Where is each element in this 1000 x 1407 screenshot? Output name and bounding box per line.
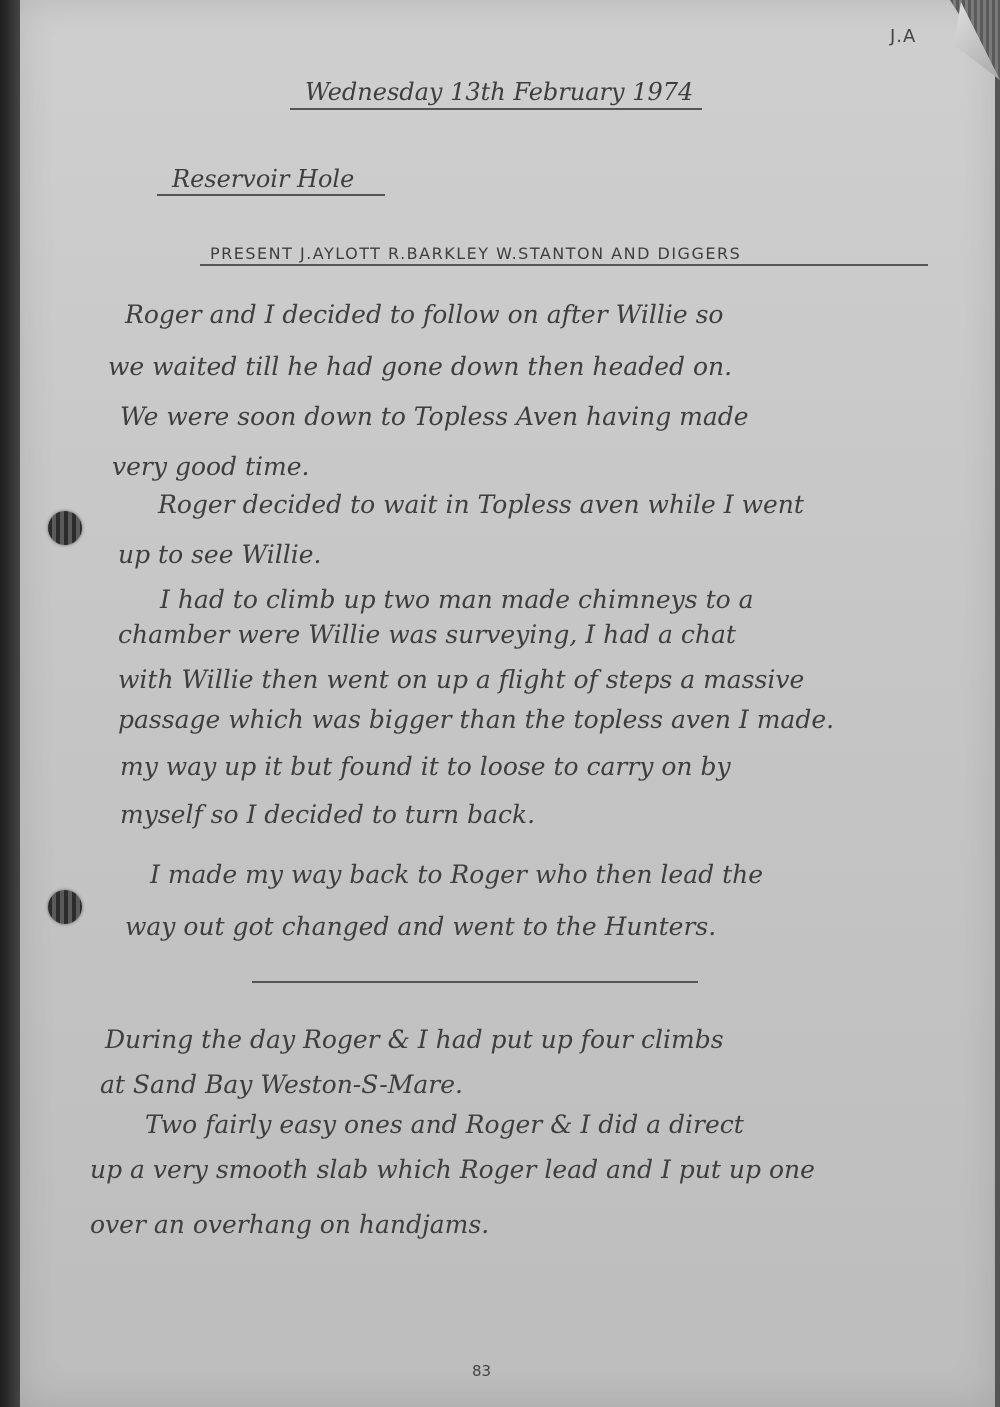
attendees: PRESENT J.AYLOTT R.BARKLEY W.STANTON AND… <box>210 244 741 263</box>
cave-location: Reservoir Hole <box>172 165 354 193</box>
author-initials: J.A <box>890 26 916 47</box>
handwritten-line: chamber were Willie was surveying, I had… <box>118 620 736 649</box>
date-underline <box>290 108 702 110</box>
handwritten-line: I had to climb up two man made chimneys … <box>160 585 754 614</box>
handwritten-line: During the day Roger & I had put up four… <box>105 1025 724 1054</box>
location-underline <box>157 194 385 196</box>
handwritten-line: We were soon down to Topless Aven having… <box>120 402 749 431</box>
handwritten-line: passage which was bigger than the toples… <box>118 705 834 734</box>
handwritten-line: at Sand Bay Weston-S-Mare. <box>100 1070 463 1099</box>
punch-hole-bottom <box>48 890 82 924</box>
handwritten-line: Two fairly easy ones and Roger & I did a… <box>145 1110 744 1139</box>
attendees-underline <box>200 264 928 266</box>
punch-hole-top <box>48 511 82 545</box>
page-right-edge <box>995 0 1000 1407</box>
binder-edge <box>0 0 20 1407</box>
handwritten-line: with Willie then went on up a flight of … <box>118 665 804 694</box>
handwritten-line: up to see Willie. <box>118 540 321 569</box>
handwritten-line: up a very smooth slab which Roger lead a… <box>90 1155 815 1184</box>
entry-date: Wednesday 13th February 1974 <box>305 78 693 106</box>
handwritten-line: over an overhang on handjams. <box>90 1210 489 1239</box>
handwritten-line: my way up it but found it to loose to ca… <box>120 752 731 781</box>
notebook-page <box>20 0 995 1407</box>
section-divider <box>252 981 698 983</box>
handwritten-line: I made my way back to Roger who then lea… <box>150 860 763 889</box>
handwritten-line: way out got changed and went to the Hunt… <box>125 912 716 941</box>
handwritten-line: myself so I decided to turn back. <box>120 800 535 829</box>
handwritten-line: very good time. <box>112 452 310 481</box>
handwritten-line: we waited till he had gone down then hea… <box>108 352 732 381</box>
page-number: 83 <box>472 1362 491 1380</box>
handwritten-line: Roger and I decided to follow on after W… <box>125 300 724 329</box>
handwritten-line: Roger decided to wait in Topless aven wh… <box>158 490 804 519</box>
